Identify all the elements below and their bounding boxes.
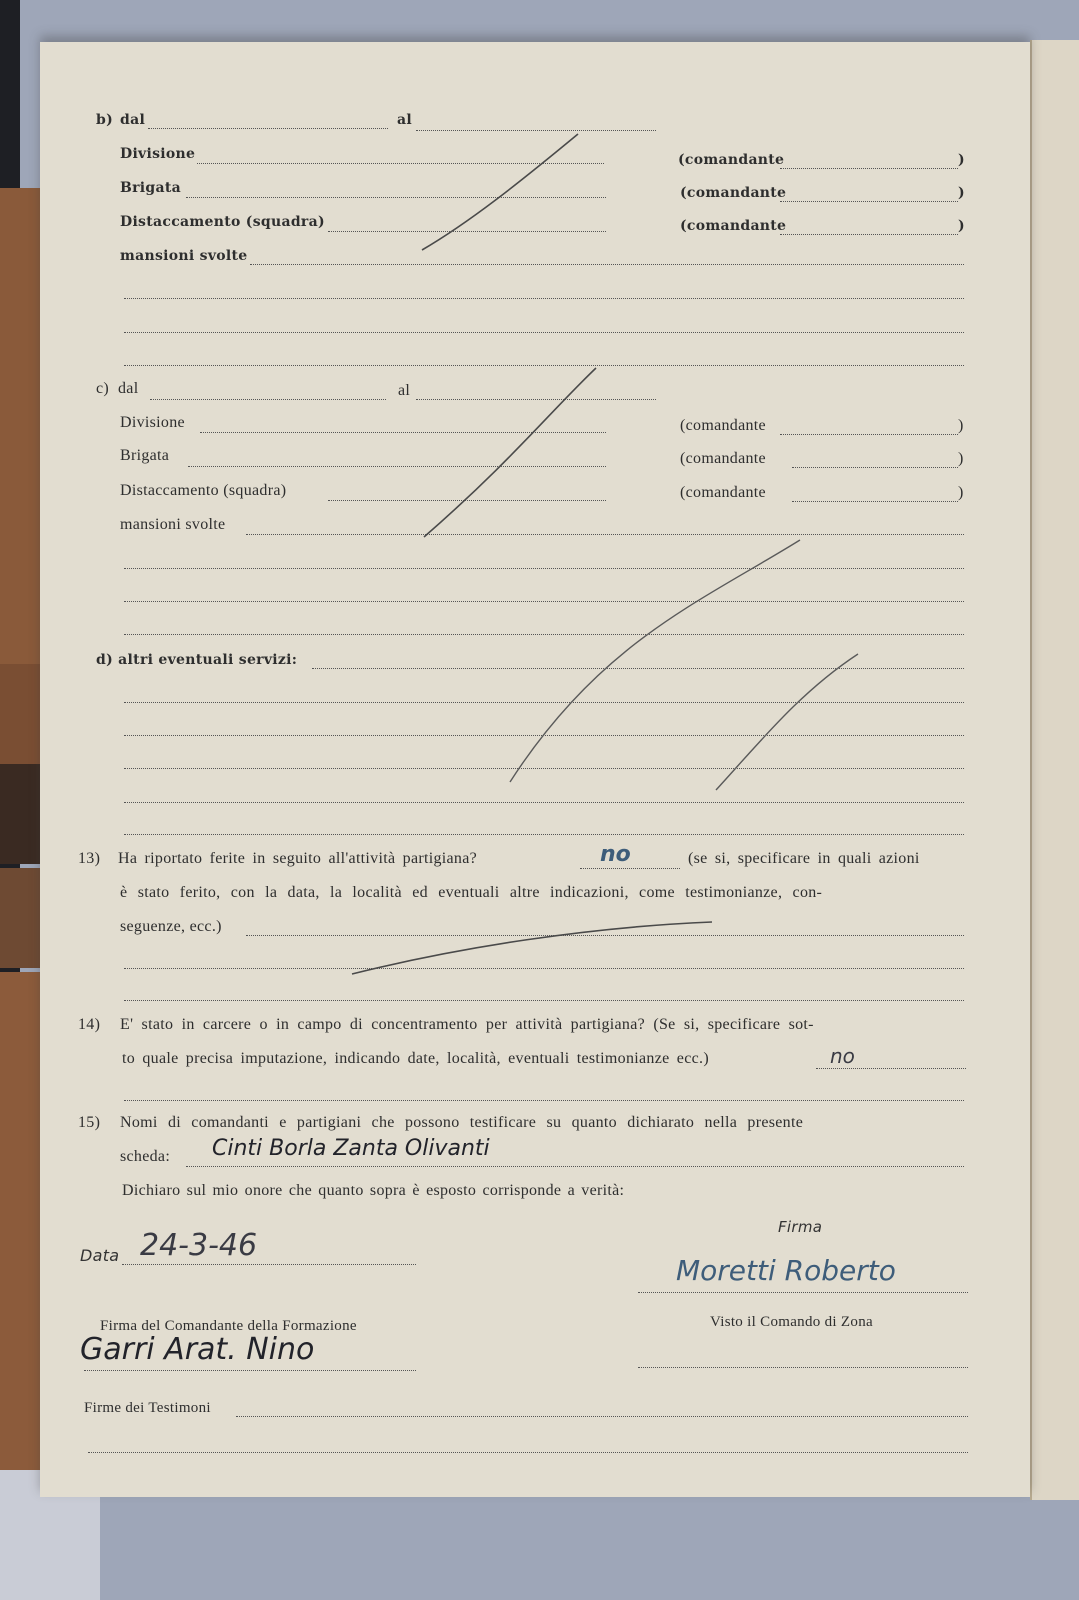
binder-edge bbox=[0, 972, 40, 1472]
adjacent-page bbox=[1030, 40, 1079, 1500]
binder-edge bbox=[0, 868, 40, 968]
pen-strike-marks bbox=[40, 42, 1030, 1497]
form-page: b) dal al Divisione (comandante ) Brigat… bbox=[40, 42, 1030, 1497]
binder-edge bbox=[0, 664, 40, 764]
binder-edge bbox=[0, 764, 40, 864]
binder-edge bbox=[0, 188, 40, 664]
